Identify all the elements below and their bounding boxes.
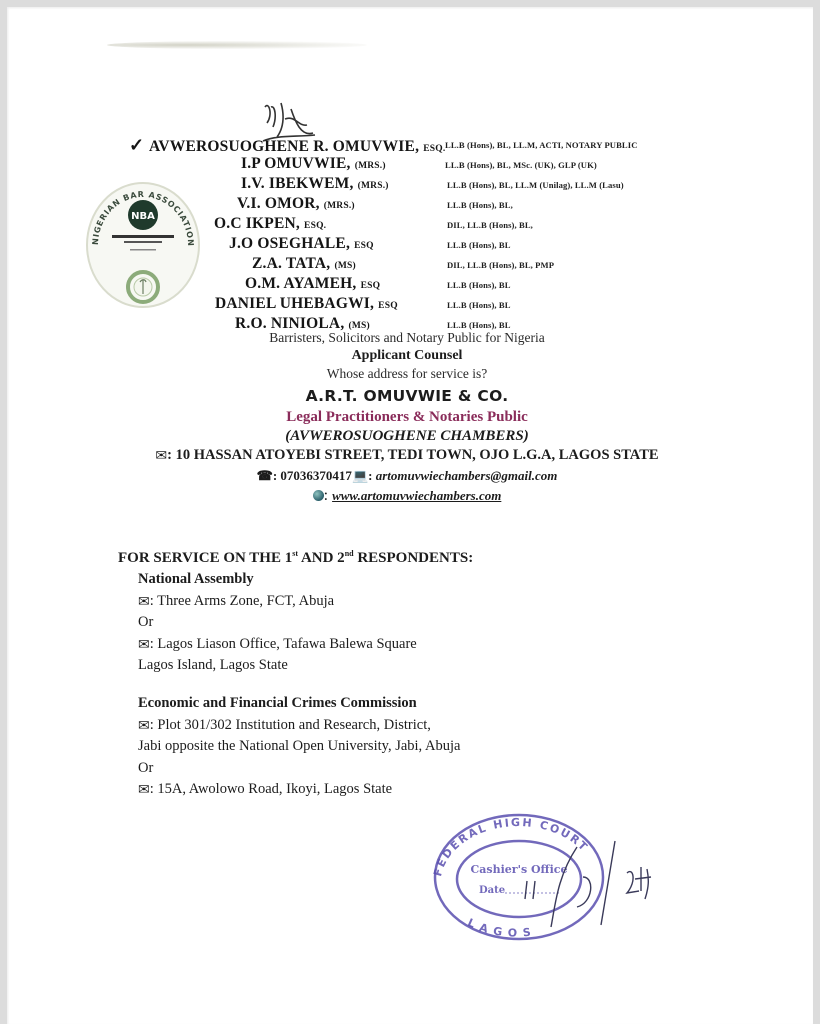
document-page: NIGERIAN BAR ASSOCIATION NBA ✓ AVWEROSUO… bbox=[7, 7, 813, 1024]
firm-address: ✉: 10 HASSAN ATOYEBI STREET, TEDI TOWN, … bbox=[127, 447, 687, 464]
counsel-name: Z.A. TATA, (MS) bbox=[252, 255, 356, 273]
counsel-name: J.O OSEGHALE, ESQ bbox=[229, 235, 374, 253]
heading-part: AND 2 bbox=[298, 550, 345, 566]
address-text: Or bbox=[138, 760, 153, 776]
mail-icon: ✉ bbox=[138, 594, 150, 611]
firm-name: A.R.T. OMUVWIE & CO. bbox=[127, 387, 687, 405]
svg-text:Date: Date bbox=[479, 885, 505, 896]
address-text: Lagos Island, Lagos State bbox=[138, 657, 288, 673]
counsel-title: (MRS.) bbox=[358, 181, 389, 191]
firm-email[interactable]: artomuvwiechambers@gmail.com bbox=[376, 468, 558, 483]
counsel-qualifications: LL.B (Hons), BL, LL.M (Unilag), LL.M (La… bbox=[447, 180, 624, 190]
address-text: : Three Arms Zone, FCT, Abuja bbox=[150, 593, 334, 609]
firm-tagline: Legal Practitioners & Notaries Public bbox=[127, 409, 687, 426]
counsel-name-text: Z.A. TATA, bbox=[252, 255, 334, 272]
counsel-name: O.M. AYAMEH, ESQ bbox=[245, 275, 380, 293]
counsel-title: (MS) bbox=[334, 261, 355, 271]
service-heading: FOR SERVICE ON THE 1st AND 2nd RESPONDEN… bbox=[118, 549, 473, 567]
counsel-qualifications: DIL, LL.B (Hons), BL, PMP bbox=[447, 260, 554, 270]
counsel-name-text: O.C IKPEN, bbox=[214, 215, 304, 232]
firm-website-line: : www.artomuvwiechambers.com bbox=[127, 487, 687, 505]
counsel-name: O.C IKPEN, ESQ. bbox=[214, 215, 326, 233]
counsel-qualifications: LL.B (Hons), BL bbox=[447, 300, 511, 310]
respondent-address-line: ✉: Plot 301/302 Institution and Research… bbox=[138, 717, 431, 734]
respondent-name: National Assembly bbox=[138, 571, 254, 588]
firm-contact: ☎: 07036370417💻: artomuvwiechambers@gmai… bbox=[127, 468, 687, 484]
respondent-address-line: ✉: Lagos Liason Office, Tafawa Balewa Sq… bbox=[138, 636, 417, 653]
counsel-name-text: I.V. IBEKWEM, bbox=[241, 175, 358, 192]
svg-text:LAGOS: LAGOS bbox=[465, 916, 537, 940]
counsel-title: (MRS.) bbox=[355, 161, 386, 171]
counsel-qualifications: LL.B (Hons), BL bbox=[447, 280, 511, 290]
counsel-title: ESQ bbox=[361, 281, 381, 291]
nba-seal: NIGERIAN BAR ASSOCIATION NBA bbox=[82, 175, 204, 315]
phone-icon: ☎ bbox=[257, 468, 273, 483]
counsel-name: V.I. OMOR, (MRS.) bbox=[237, 195, 355, 213]
court-stamp: FEDERAL HIGH COURT LAGOS Cashier's Offic… bbox=[427, 807, 697, 947]
svg-text:Cashier's Office: Cashier's Office bbox=[471, 863, 568, 876]
svg-text:NBA: NBA bbox=[131, 211, 155, 222]
address-text: : 15A, Awolowo Road, Ikoyi, Lagos State bbox=[150, 781, 392, 797]
checkmark-icon: ✓ bbox=[129, 135, 149, 155]
counsel-title: ESQ bbox=[378, 301, 398, 311]
heading-part: RESPONDENTS: bbox=[354, 550, 474, 566]
respondent-name: Economic and Financial Crimes Commission bbox=[138, 695, 417, 712]
firm-address-text: : 10 HASSAN ATOYEBI STREET, TEDI TOWN, O… bbox=[167, 447, 658, 463]
address-text: : Plot 301/302 Institution and Research,… bbox=[150, 717, 431, 733]
web-separator: : bbox=[324, 487, 332, 504]
respondent-address-line: ✉: Three Arms Zone, FCT, Abuja bbox=[138, 593, 334, 610]
computer-icon: 💻 bbox=[352, 468, 368, 483]
respondent-address-line: Or bbox=[138, 760, 153, 777]
address-prompt: Whose address for service is? bbox=[127, 366, 687, 382]
counsel-name-text: O.M. AYAMEH, bbox=[245, 275, 361, 292]
counsel-name-text: I.P OMUVWIE, bbox=[241, 155, 355, 172]
mail-icon: ✉ bbox=[138, 782, 150, 799]
counsel-qualifications: LL.B (Hons), BL, MSc. (UK), GLP (UK) bbox=[445, 160, 597, 170]
counsel-name: I.V. IBEKWEM, (MRS.) bbox=[241, 175, 389, 193]
respondent-address-line: Or bbox=[138, 614, 153, 631]
counsel-name-text: J.O OSEGHALE, bbox=[229, 235, 354, 252]
respondent-address-line: Lagos Island, Lagos State bbox=[138, 657, 288, 674]
address-text: : Lagos Liason Office, Tafawa Balewa Squ… bbox=[150, 636, 417, 652]
counsel-title: ESQ. bbox=[423, 144, 445, 154]
firm-phone: : 07036370417 bbox=[273, 468, 352, 483]
respondent-address-line: ✉: 15A, Awolowo Road, Ikoyi, Lagos State bbox=[138, 781, 392, 798]
heading-sup: nd bbox=[345, 549, 354, 558]
firm-chambers: (AVWEROSUOGHENE CHAMBERS) bbox=[127, 428, 687, 445]
mail-icon: ✉ bbox=[138, 637, 150, 654]
respondent-address-line: Jabi opposite the National Open Universi… bbox=[138, 738, 460, 755]
counsel-qualifications: LL.B (Hons), BL bbox=[447, 240, 511, 250]
counsel-name: ✓ AVWEROSUOGHENE R. OMUVWIE, ESQ. bbox=[129, 135, 445, 156]
email-separator: : bbox=[368, 468, 376, 483]
counsel-qualifications: LL.B (Hons), BL, LL.M, ACTI, NOTARY PUBL… bbox=[445, 140, 638, 150]
counsel-qualifications: LL.B (Hons), BL bbox=[447, 320, 511, 330]
counsel-title: (MRS.) bbox=[324, 201, 355, 211]
address-text: Or bbox=[138, 614, 153, 630]
mail-icon: ✉ bbox=[155, 448, 167, 465]
counsel-name-text: V.I. OMOR, bbox=[237, 195, 324, 212]
globe-icon bbox=[313, 490, 324, 501]
address-text: Jabi opposite the National Open Universi… bbox=[138, 738, 460, 754]
counsel-name: I.P OMUVWIE, (MRS.) bbox=[241, 155, 386, 173]
counsel-name-text: DANIEL UHEBAGWI, bbox=[215, 295, 378, 312]
counsel-name: DANIEL UHEBAGWI, ESQ bbox=[215, 295, 398, 313]
counsel-qualifications: LL.B (Hons), BL, bbox=[447, 200, 513, 210]
counsel-title: ESQ. bbox=[304, 221, 326, 231]
applicant-counsel-label: Applicant Counsel bbox=[127, 348, 687, 364]
practice-line: Barristers, Solicitors and Notary Public… bbox=[127, 330, 687, 346]
scan-smudge bbox=[107, 41, 367, 49]
counsel-name-text: AVWEROSUOGHENE R. OMUVWIE, bbox=[149, 138, 423, 155]
counsel-title: ESQ bbox=[354, 241, 374, 251]
counsel-qualifications: DIL, LL.B (Hons), BL, bbox=[447, 220, 533, 230]
heading-part: FOR SERVICE ON THE 1 bbox=[118, 550, 292, 566]
mail-icon: ✉ bbox=[138, 718, 150, 735]
firm-website-link[interactable]: www.artomuvwiechambers.com bbox=[332, 488, 501, 503]
